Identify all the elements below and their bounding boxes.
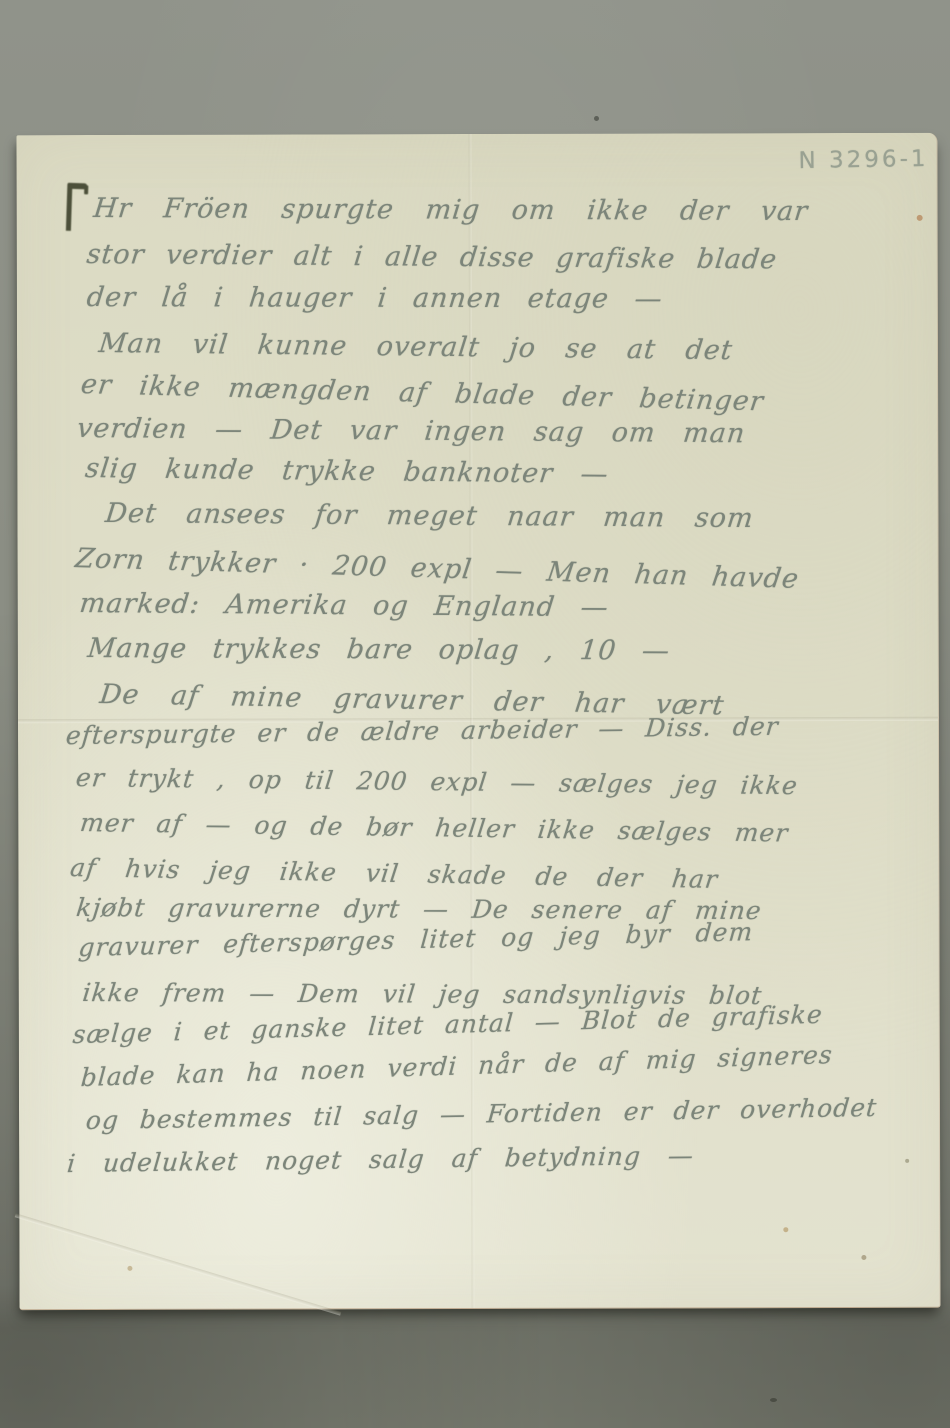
handwritten-line: verdien — Det var ingen sag om man bbox=[75, 413, 747, 449]
handwritten-line: stor verdier alt i alle disse grafiske b… bbox=[85, 239, 779, 275]
letter-page: N 3296-1 Hr Fröen spurgte mig om ikke de… bbox=[16, 133, 940, 1310]
foxing-spot bbox=[783, 1227, 788, 1232]
handwritten-line: er ikke mængden af blade der betinger bbox=[79, 369, 766, 417]
handwritten-line: er trykt , op til 200 expl — sælges jeg … bbox=[74, 763, 799, 800]
handwritten-line: Man vil kunne overalt jo se at det bbox=[97, 328, 734, 366]
archive-number-label: N 3296-1 bbox=[798, 146, 928, 174]
diagonal-corner-crease bbox=[15, 1213, 342, 1315]
handwritten-line: marked: Amerika og England — bbox=[78, 588, 611, 623]
handwritten-line: Det ansees for meget naar man som bbox=[104, 498, 756, 534]
handwritten-line: Zorn trykker · 200 expl — Men han havde bbox=[73, 543, 801, 595]
handwritten-line: gravurer efterspørges litet og jeg byr d… bbox=[77, 917, 754, 962]
foxing-spot bbox=[861, 1255, 866, 1260]
photograph-background: N 3296-1 Hr Fröen spurgte mig om ikke de… bbox=[0, 0, 950, 1428]
handwritten-line: mer af — og de bør heller ikke sælges me… bbox=[79, 808, 791, 847]
ink-bracket-mark bbox=[66, 183, 88, 232]
dust-speck bbox=[594, 116, 599, 121]
handwritten-line: Hr Fröen spurgte mig om ikke der var bbox=[92, 193, 810, 227]
handwritten-line: i udelukket noget salg af betydning — bbox=[66, 1141, 695, 1178]
handwritten-line: der lå i hauger i annen etage — bbox=[85, 282, 664, 314]
handwritten-line: af hvis jeg ikke vil skade de der har bbox=[69, 853, 720, 894]
dust-speck bbox=[770, 1398, 777, 1402]
foxing-spot bbox=[905, 1159, 909, 1163]
foxing-spot bbox=[127, 1266, 132, 1271]
handwritten-line: efterspurgte er de ældre arbeider — Diss… bbox=[65, 712, 780, 750]
handwritten-line: Mange trykkes bare oplag , 10 — bbox=[86, 633, 672, 667]
handwritten-line: slig kunde trykke banknoter — bbox=[84, 453, 611, 490]
handwritten-line: blade kan ha noen verdi når de af mig si… bbox=[80, 1040, 834, 1092]
foxing-spot bbox=[917, 215, 923, 221]
handwritten-line: og bestemmes til salg — Fortiden er der … bbox=[85, 1093, 879, 1135]
